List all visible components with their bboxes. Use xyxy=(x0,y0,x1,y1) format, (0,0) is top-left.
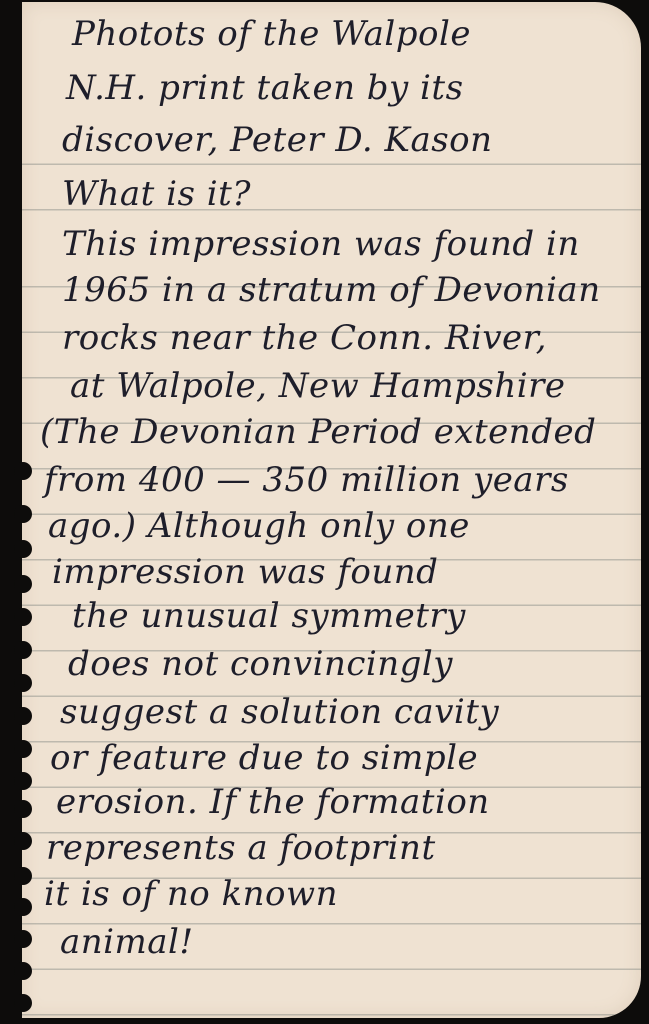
note-line-13: the unusual symmetry xyxy=(72,596,466,636)
note-line-3: discover, Peter D. Kason xyxy=(62,120,493,160)
note-line-4: What is it? xyxy=(62,174,251,214)
perforation-hole xyxy=(14,832,32,850)
perforation-hole xyxy=(14,740,32,758)
note-line-15: suggest a solution cavity xyxy=(60,692,499,732)
perforation-hole xyxy=(14,867,32,885)
note-line-9: (The Devonian Period extended xyxy=(40,412,596,452)
notebook-page: Photots of the Walpole N.H. print taken … xyxy=(22,2,641,1018)
note-line-8: at Walpole, New Hampshire xyxy=(70,366,566,406)
note-line-12: impression was found xyxy=(52,552,438,592)
note-line-1: Photots of the Walpole xyxy=(72,14,471,54)
note-line-16: or feature due to simple xyxy=(50,738,478,778)
perforation-hole xyxy=(14,962,32,980)
note-line-7: rocks near the Conn. River, xyxy=(62,318,547,358)
note-line-11: ago.) Although only one xyxy=(48,506,470,546)
note-line-2: N.H. print taken by its xyxy=(66,68,464,108)
perforation-hole xyxy=(14,800,32,818)
note-line-14: does not convincingly xyxy=(68,644,453,684)
perforation-hole xyxy=(14,608,32,626)
perforation-hole xyxy=(14,462,32,480)
perforation-hole xyxy=(14,994,32,1012)
note-line-5: This impression was found in xyxy=(62,224,580,264)
perforation-hole xyxy=(14,575,32,593)
note-line-17: erosion. If the formation xyxy=(56,782,490,822)
note-line-6: 1965 in a stratum of Devonian xyxy=(62,270,601,310)
perforation-hole xyxy=(14,674,32,692)
perforation-hole xyxy=(14,505,32,523)
perforation-hole xyxy=(14,641,32,659)
perforation-hole xyxy=(14,772,32,790)
perforation-hole xyxy=(14,930,32,948)
note-line-19: it is of no known xyxy=(44,874,338,914)
perforation-hole xyxy=(14,898,32,916)
perforation-hole xyxy=(14,707,32,725)
perforation-hole xyxy=(14,540,32,558)
note-line-18: represents a footprint xyxy=(46,828,436,868)
note-line-20: animal! xyxy=(60,922,194,962)
note-line-10: from 400 — 350 million years xyxy=(44,460,569,500)
